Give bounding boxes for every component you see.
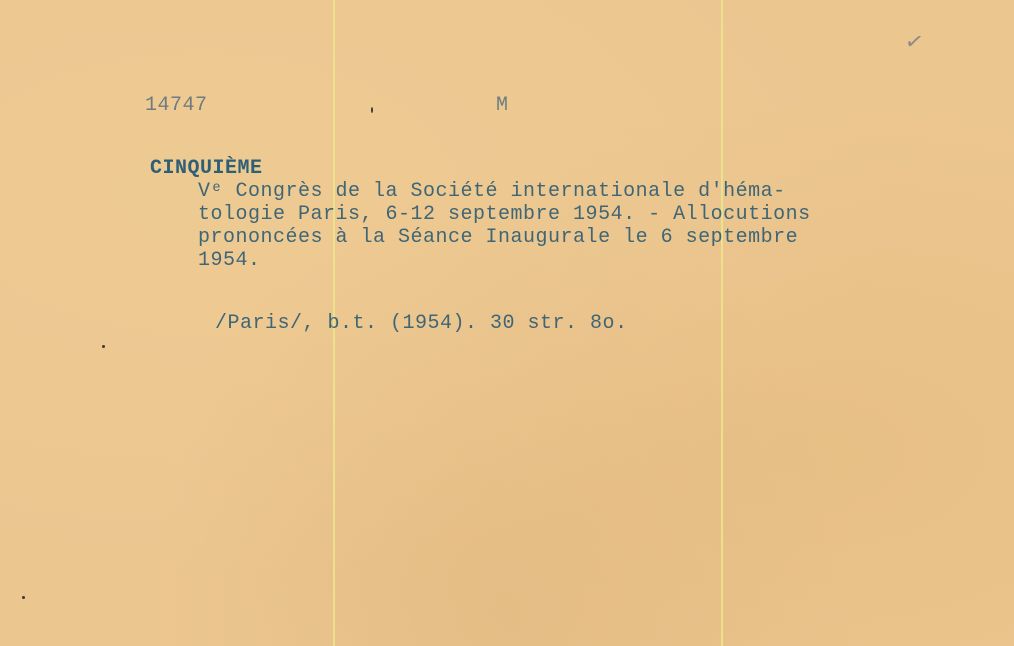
paper-speck [22,596,25,599]
description-line-2: tologie Paris, 6-12 septembre 1954. - Al… [198,203,811,226]
format-mark: M [496,94,509,117]
card-heading: CINQUIÈME [150,157,263,180]
paper-speck [371,107,373,113]
description-line-3: prononcées à la Séance Inaugurale le 6 s… [198,226,798,249]
pencil-check-icon: ✓ [903,29,925,57]
vertical-rule-line [721,0,723,646]
description-line-1: Vᵉ Congrès de la Société internationale … [198,180,786,203]
paper-speck [102,345,105,348]
imprint-line: /Paris/, b.t. (1954). 30 str. 8o. [215,312,628,335]
catalog-number: 14747 [145,94,208,117]
description-line-4: 1954. [198,249,261,272]
catalog-card: 14747 M ✓ CINQUIÈME Vᵉ Congrès de la Soc… [0,0,1014,646]
